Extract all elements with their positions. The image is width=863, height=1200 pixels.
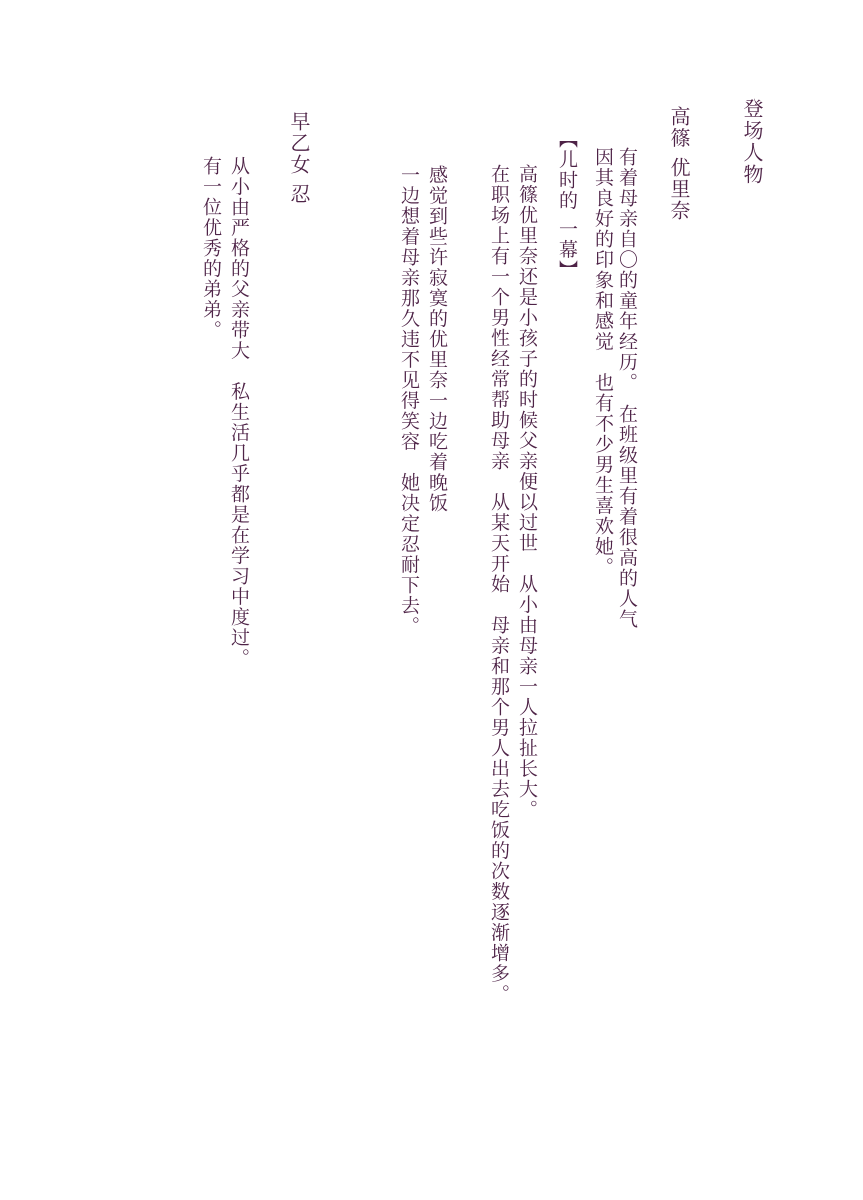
character-profile-line: 有着母亲自〇的童年经历。 在班级里有着很高的人气 bbox=[616, 147, 636, 630]
scene-text-line: 高篠优里奈还是小孩子的时候父亲便以过世 从小由母亲一人拉扯长大。 bbox=[516, 164, 536, 820]
character-profile-line: 有一位优秀的弟弟。 bbox=[200, 156, 220, 341]
character-name-takashino-yurina: 高篠 优里奈 bbox=[668, 106, 689, 221]
character-intro-page: 登场人物 高篠 优里奈 有着母亲自〇的童年经历。 在班级里有着很高的人气 因其良… bbox=[0, 0, 863, 1200]
scene-text-line: 在职场上有一个男性经常帮助母亲 从某天开始 母亲和那个男人出去吃饭的次数逐渐增多… bbox=[488, 164, 508, 1005]
character-profile-line: 从小由严格的父亲带大 私生活几乎都是在学习中度过。 bbox=[228, 156, 248, 669]
character-name-saotome-shinobu: 早乙女 忍 bbox=[288, 111, 309, 205]
scene-text-line: 感觉到些许寂寞的优里奈一边吃着晚饭 bbox=[426, 165, 446, 514]
page-title: 登场人物 bbox=[741, 98, 762, 186]
scene-header-childhood: 【儿时的 一幕】 bbox=[556, 129, 576, 280]
scene-text-line: 一边想着母亲那久违不见得笑容 她决定忍耐下去。 bbox=[398, 165, 418, 637]
character-profile-line: 因其良好的印象和感觉 也有不少男生喜欢她。 bbox=[592, 147, 612, 578]
